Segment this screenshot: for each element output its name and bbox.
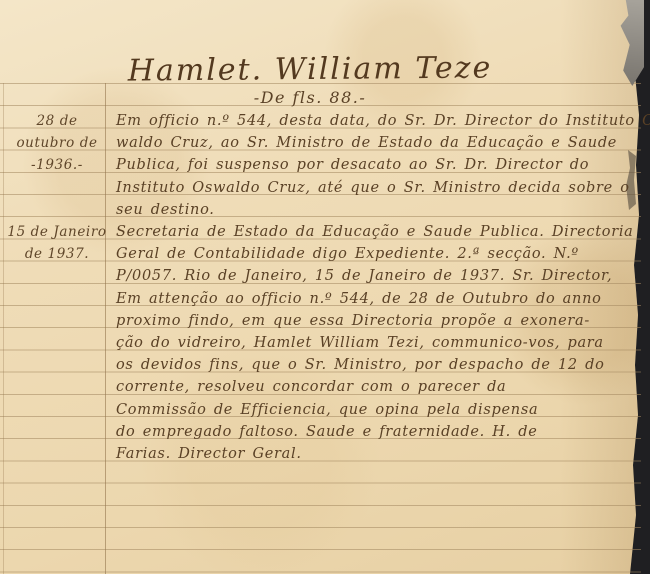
body-line: seu destino. xyxy=(116,199,638,221)
body-line: Publica, foi suspenso por desacato ao Sr… xyxy=(116,154,638,176)
body-line: proximo findo, em que essa Directoria pr… xyxy=(116,310,638,332)
body-line: os devidos fins, que o Sr. Ministro, por… xyxy=(116,354,638,376)
page-subtitle: -De fls. 88.- xyxy=(100,88,520,107)
body-line: ção do vidreiro, Hamlet William Tezi, co… xyxy=(116,332,638,354)
body-line: Secretaria de Estado da Educação e Saude… xyxy=(116,221,638,243)
date-line: outubro de xyxy=(6,132,108,154)
body-line: corrente, resolveu concordar com o parec… xyxy=(116,376,638,398)
body-line: Commissão de Efficiencia, que opina pela… xyxy=(116,399,638,421)
date-line: -1936.- xyxy=(6,154,108,176)
date-line: de 1937. xyxy=(6,243,108,265)
body-line: Geral de Contabilidade digo Expediente. … xyxy=(116,243,638,265)
body-line: Em officio n.º 544, desta data, do Sr. D… xyxy=(116,110,638,132)
date-line: 15 de Janeiro xyxy=(6,221,108,243)
page-title: Hamlet. William Teze xyxy=(100,50,520,89)
body-line: waldo Cruz, ao Sr. Ministro de Estado da… xyxy=(116,132,638,154)
entry-date: 15 de Janeiro de 1937. xyxy=(6,221,108,265)
date-line: 28 de xyxy=(6,110,108,132)
document-scan: Hamlet. William Teze -De fls. 88.- 28 de… xyxy=(0,0,650,574)
left-margin-line xyxy=(3,83,4,574)
entry-date: 28 de outubro de -1936.- xyxy=(6,110,108,177)
entry-body: Em officio n.º 544, desta data, do Sr. D… xyxy=(116,110,638,221)
body-line: Em attenção ao officio n.º 544, de 28 de… xyxy=(116,288,638,310)
body-line: P/0057. Rio de Janeiro, 15 de Janeiro de… xyxy=(116,265,638,287)
body-line: Instituto Oswaldo Cruz, até que o Sr. Mi… xyxy=(116,177,638,199)
body-line: do empregado faltoso. Saude e fraternida… xyxy=(116,421,638,443)
body-line: Farias. Director Geral. xyxy=(116,443,638,465)
entry-body: Secretaria de Estado da Educação e Saude… xyxy=(116,221,638,465)
